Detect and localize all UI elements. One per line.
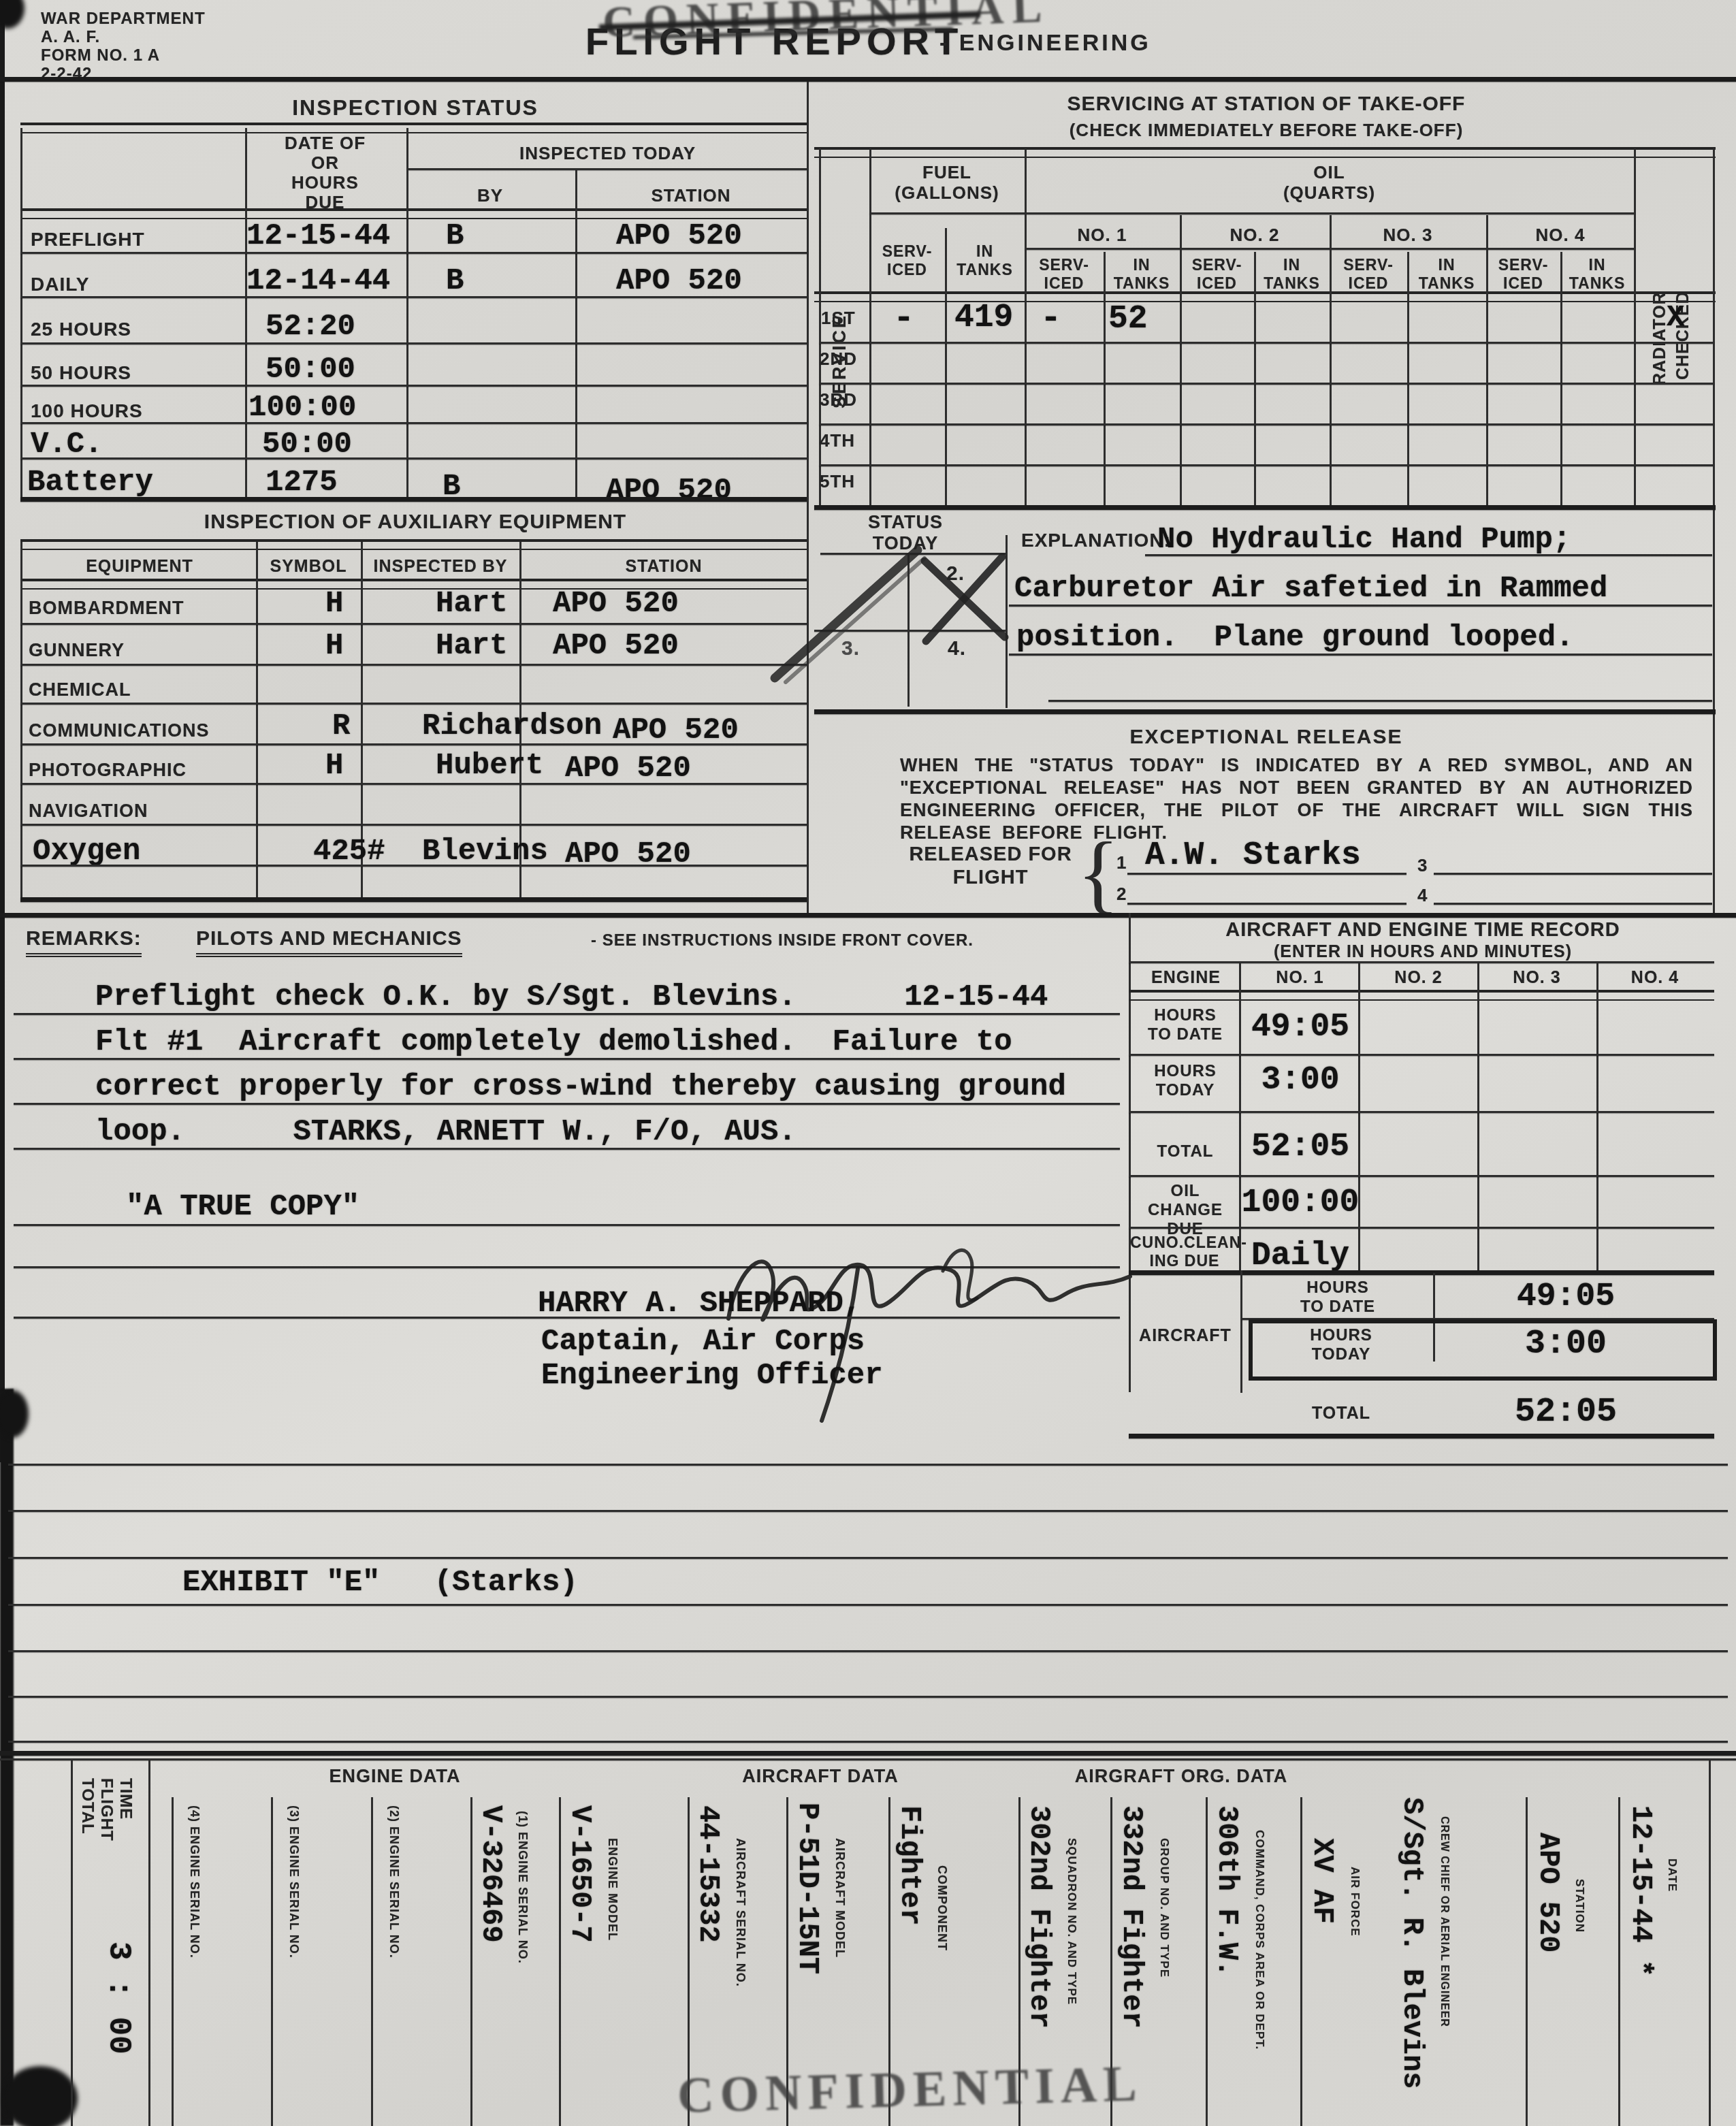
row-value-by: B [446, 264, 464, 298]
band-line [1206, 1797, 1208, 2126]
ruled-line [8, 1604, 1728, 1606]
ruled-line [8, 1464, 1728, 1466]
time-record-title: AIRCRAFT AND ENGINE TIME RECORD [1144, 919, 1702, 941]
band-line [148, 1760, 150, 2126]
exhibit-note: EXHIBIT "E" (Starks) [182, 1566, 578, 1600]
row-label: 25 HOURS [31, 319, 131, 340]
rule [814, 291, 1716, 302]
rule [869, 212, 1025, 214]
released-for-flight-label: RELEASED FOR FLIGHT [892, 843, 1089, 889]
aux-row-label: PHOTOGRAPHIC [29, 760, 187, 781]
rule [20, 865, 807, 867]
rule [20, 579, 807, 590]
signer-title1: Captain, Air Corps [541, 1325, 865, 1359]
exceptional-release-title: EXCEPTIONAL RELEASE [987, 726, 1545, 749]
grid-line [1407, 252, 1409, 509]
total-flight-value: 3 : 00 [101, 1942, 136, 2055]
rule [819, 423, 1713, 425]
ruled-line [8, 1650, 1728, 1652]
band-col-value: 306th F.W. [1210, 1805, 1243, 1977]
engine-data-header: ENGINE DATA [245, 1766, 545, 1787]
aux-row-label: GUNNERY [29, 640, 125, 661]
grid-line [1596, 963, 1598, 1270]
aux-row-label: CHEMICAL [29, 679, 131, 700]
aux-col-equipment: EQUIPMENT [27, 557, 252, 577]
band-col-label: (3) ENGINE SERIAL NO. [287, 1805, 301, 1959]
oil4-in-tanks-header: IN TANKS [1560, 256, 1634, 293]
record-row-label: OIL CHANGE DUE [1131, 1182, 1239, 1239]
aux-row-label: NAVIGATION [29, 801, 148, 822]
rule [1145, 554, 1712, 556]
aux-col-symbol: SYMBOL [257, 557, 359, 577]
band-line [470, 1797, 472, 2126]
col-header-station: STATION [585, 185, 797, 206]
rule [1129, 1111, 1714, 1113]
rule [20, 539, 807, 550]
row-value-due: 12-14-44 [246, 264, 390, 298]
record-col-no3: NO. 3 [1477, 968, 1596, 988]
row-value-due: 52:20 [266, 310, 355, 344]
release-signature1: A.W. Starks [1145, 837, 1361, 874]
band-line [371, 1797, 373, 2126]
grid-line [256, 542, 258, 899]
aircraft-section-label: AIRCRAFT [1131, 1326, 1239, 1346]
band-col-value: V-326469 [475, 1805, 507, 1943]
remarks-heading: REMARKS: [26, 927, 142, 957]
scan-bottom-left-blob [3, 2066, 78, 2126]
rule [1129, 1175, 1714, 1177]
row-value-due: 50:00 [266, 353, 355, 387]
band-col-label: (2) ENGINE SERIAL NO. [387, 1805, 401, 1959]
row-label-typed: V.C. [31, 428, 103, 462]
aux-station: APO 520 [553, 629, 679, 663]
rule [20, 385, 807, 387]
form-agency-line1: WAR DEPARTMENT [41, 10, 206, 28]
confidential-stamp-bottom: CONFIDENTIAL [677, 2055, 1144, 2125]
rule [20, 208, 807, 219]
row-label: 50 HOURS [31, 362, 131, 384]
ruled-line [8, 1696, 1728, 1698]
oil3-in-tanks-header: IN TANKS [1407, 256, 1486, 293]
explanation-line2: Carburetor Air safetied in Rammed [1014, 572, 1607, 606]
row-value-station: APO 520 [616, 219, 742, 253]
rule [1330, 248, 1486, 250]
rule [20, 664, 807, 666]
aux-by: Hart [436, 587, 508, 621]
aux-symbol: R [332, 709, 350, 743]
aux-symbol: H [325, 587, 343, 621]
auxiliary-title: INSPECTION OF AUXILIARY EQUIPMENT [82, 511, 749, 534]
bottom-band-top [0, 1751, 1736, 1756]
rule [1486, 248, 1635, 250]
form-agency-line3: FORM NO. 1 A [41, 46, 206, 65]
total-flight-label-3: TIME [116, 1778, 135, 1820]
oil-col-no1: NO. 1 [1025, 225, 1180, 246]
brace: { [1077, 822, 1119, 924]
row-label-typed: Battery [27, 466, 153, 500]
row-value-due: 1275 [266, 466, 338, 500]
org-data-header: AIRGRAFT ORG. DATA [1028, 1766, 1334, 1787]
rule [819, 383, 1713, 385]
rule [814, 147, 1716, 158]
service-row-label: 1ST [821, 308, 856, 329]
rule [14, 1013, 1120, 1015]
grid-line [869, 148, 871, 509]
aux-station: APO 520 [613, 713, 739, 747]
aux-by: Blevins [422, 835, 548, 869]
band-line [1526, 1797, 1528, 2126]
true-copy-note: "A TRUE COPY" [126, 1190, 359, 1224]
servicing-subtitle: (CHECK IMMEDIATELY BEFORE TAKE-OFF) [919, 120, 1613, 141]
aircraft-row-label: TOTAL [1253, 1404, 1430, 1423]
grid-line [1254, 252, 1256, 509]
rule [814, 709, 1716, 714]
grid-line [807, 82, 809, 914]
form-agency-line2: A. A. F. [41, 28, 206, 46]
aircraft-row-label: HOURS TO DATE [1246, 1278, 1430, 1317]
band-line [71, 1760, 73, 2126]
band-col-label: DATE [1665, 1858, 1679, 1892]
row-label: DAILY [31, 274, 89, 295]
oil2-in-tanks-header: IN TANKS [1254, 256, 1330, 293]
rule [1129, 1434, 1714, 1438]
fuel-serviced-value: - [893, 298, 914, 338]
rule [819, 342, 1713, 344]
band-line-heavy [0, 0, 5, 366]
rule [20, 824, 807, 826]
aux-by: Richardson [422, 709, 602, 743]
servicing-title: SERVICING AT STATION OF TAKE-OFF [919, 93, 1613, 116]
rule [20, 296, 807, 298]
aux-row-label: BOMBARDMENT [29, 598, 184, 619]
aircraft-row-value: 49:05 [1464, 1278, 1668, 1315]
row-label: 100 HOURS [31, 400, 143, 422]
explanation-line1: No Hydraulic Hand Pump; [1157, 523, 1571, 557]
rule [20, 123, 807, 133]
rule [1129, 1227, 1714, 1229]
rule [1025, 212, 1634, 214]
band-col-value: Fighter [893, 1805, 926, 1925]
rule [1009, 654, 1712, 656]
grid-line [1025, 148, 1027, 509]
flight-report-document: WAR DEPARTMENT A. A. F. FORM NO. 1 A 2-2… [0, 0, 1736, 2126]
aux-col-by: INSPECTED BY [362, 557, 519, 577]
record-row-label: CUNO.CLEAN- ING DUE [1130, 1234, 1239, 1270]
oil-col-no2: NO. 2 [1180, 225, 1330, 246]
band-col-label: COMMAND, CORPS AREA OR DEPT. [1253, 1830, 1266, 2050]
aircraft-row-label: HOURS TODAY [1253, 1326, 1430, 1364]
row-value-due: 50:00 [262, 428, 352, 462]
rule [1025, 248, 1180, 250]
grid-line [1104, 252, 1106, 509]
band-line [1618, 1797, 1620, 2126]
fuel-serviced-header: SERV- ICED [869, 242, 945, 279]
ruled-line [8, 1557, 1728, 1559]
band-col-label: SQUADRON NO. AND TYPE [1065, 1838, 1078, 2005]
band-col-label: AIR FORCE [1348, 1867, 1362, 1937]
bottom-band-top2 [0, 1758, 1736, 1760]
rule [14, 1058, 1120, 1060]
col-header-by: BY [422, 185, 558, 206]
rule [20, 743, 807, 745]
grid-line [575, 170, 577, 501]
band-col-value: 12-15-44 * [1624, 1805, 1657, 1977]
rule [20, 897, 807, 902]
band-col-label: AIRCRAFT SERIAL NO. [733, 1838, 748, 1987]
grid-line [945, 228, 947, 509]
total-flight-label-1: TOTAL [78, 1778, 97, 1835]
oil1-serviced-value: - [1040, 298, 1061, 338]
band-line [172, 1797, 174, 2126]
aux-row-label: COMMUNICATIONS [29, 720, 209, 741]
aircraft-row-value: 52:05 [1464, 1393, 1668, 1432]
record-value: 3:00 [1242, 1062, 1358, 1099]
rule [1009, 605, 1712, 607]
rule [1048, 700, 1712, 702]
rule [1129, 1270, 1714, 1275]
band-col-label: COMPONENT [935, 1865, 949, 1951]
service-row-label: 4TH [820, 430, 855, 451]
rule [1434, 903, 1712, 905]
oil1-serviced-header: SERV- ICED [1025, 256, 1104, 293]
oil-col-no3: NO. 3 [1330, 225, 1486, 246]
aircraft-data-header: AIRCRAFT DATA [674, 1766, 967, 1787]
record-col-engine: ENGINE [1131, 968, 1240, 988]
band-col-value: S/Sgt. R. Blevins [1396, 1797, 1428, 2089]
band-col-label: AIRCRAFT MODEL [833, 1838, 847, 1958]
record-col-no1: NO. 1 [1240, 968, 1360, 988]
remarks-line2: Flt #1 Aircraft completely demolished. F… [95, 1025, 1012, 1059]
record-row-label: HOURS TODAY [1131, 1062, 1239, 1100]
record-row-label: TOTAL [1131, 1142, 1239, 1161]
scan-left-bar [0, 1389, 14, 2126]
scan-corner-mark [0, 0, 25, 29]
record-value: 49:05 [1242, 1009, 1358, 1046]
rule [408, 168, 807, 170]
row-label: PREFLIGHT [31, 229, 145, 251]
record-value: Daily [1242, 1238, 1358, 1274]
service-row-label: 5TH [820, 471, 855, 492]
servicing-oil-header: OIL (QUARTS) [1025, 162, 1634, 203]
aux-symbol: 425# [313, 835, 385, 869]
band-line [559, 1797, 561, 2126]
aux-row-label-typed: Oxygen [33, 835, 140, 869]
band-col-value: 332nd Fighter [1115, 1805, 1148, 2029]
rule [1127, 873, 1407, 875]
release-num1: 1 [1116, 852, 1127, 873]
grid-line [245, 128, 247, 501]
rule [14, 1103, 1120, 1105]
row-value-by: B [446, 219, 464, 253]
oil3-serviced-header: SERV- ICED [1330, 256, 1407, 293]
oil-col-no4: NO. 4 [1486, 225, 1635, 246]
scan-left-blob [0, 1390, 29, 1438]
band-col-value: XV AF [1306, 1838, 1338, 1924]
record-col-no4: NO. 4 [1596, 968, 1714, 988]
form-agency: WAR DEPARTMENT A. A. F. FORM NO. 1 A 2-2… [41, 10, 206, 83]
rule [819, 464, 1713, 466]
grid-line [1240, 1270, 1242, 1393]
signer-name: HARRY A. SHEPPARD, [538, 1287, 861, 1321]
signer-title2: Engineering Officer [541, 1359, 883, 1393]
grid-line [20, 128, 22, 501]
release-num2: 2 [1116, 884, 1127, 905]
remarks-heading3: - SEE INSTRUCTIONS INSIDE FRONT COVER. [591, 931, 974, 950]
exceptional-release-body: WHEN THE "STATUS TODAY" IS INDICATED BY … [900, 754, 1693, 844]
ruled-line [8, 1741, 1728, 1743]
explanation-line3: position. Plane ground looped. [1016, 621, 1574, 655]
section-divider [0, 913, 1736, 918]
grid-line [1634, 148, 1636, 509]
col-header-inspected-today: INSPECTED TODAY [408, 143, 807, 164]
record-value: 100:00 [1239, 1185, 1362, 1221]
rule [14, 1148, 1120, 1150]
oil2-serviced-header: SERV- ICED [1180, 256, 1254, 293]
rule [20, 623, 807, 625]
rule [14, 1317, 1120, 1319]
remarks-heading2: PILOTS AND MECHANICS [196, 927, 462, 957]
status-marks [762, 531, 1048, 722]
fuel-in-tanks-header: IN TANKS [945, 242, 1025, 279]
rule [1434, 873, 1712, 875]
radiator-checked-value: X [1667, 301, 1684, 335]
aux-symbol: H [325, 749, 343, 783]
oil4-serviced-header: SERV- ICED [1486, 256, 1560, 293]
rule [20, 252, 807, 254]
grid-line [1477, 963, 1479, 1270]
release-num4: 4 [1417, 885, 1428, 906]
band-line [1709, 1760, 1711, 2126]
grid-line [1239, 963, 1241, 1270]
row-value-station: APO 520 [616, 264, 742, 298]
row-value-due: 100:00 [248, 391, 356, 425]
col-header-due: DATE OF OR HOURS DUE [252, 133, 398, 212]
aux-station: APO 520 [553, 587, 679, 621]
band-col-value: APO 520 [1532, 1833, 1564, 1952]
band-col-label: CREW CHIEF OR AERIAL ENGINEER [1438, 1816, 1450, 2027]
grid-line [1358, 963, 1360, 1270]
explanation-label: EXPLANATION: [1021, 530, 1171, 551]
rule [20, 422, 807, 424]
band-col-value: P-51D-15NT [791, 1803, 824, 1974]
grid-line [406, 128, 408, 501]
rule [1180, 248, 1330, 250]
inspection-status-title: INSPECTION STATUS [157, 95, 674, 120]
band-col-label: STATION [1573, 1879, 1586, 1933]
band-col-value: V-1650-7 [564, 1805, 596, 1943]
release-num3: 3 [1417, 855, 1428, 876]
rule [20, 703, 807, 705]
rule [1129, 1054, 1714, 1056]
aux-station: APO 520 [565, 752, 691, 786]
remarks-line1: Preflight check O.K. by S/Sgt. Blevins. … [95, 980, 1048, 1014]
record-left-border [1129, 913, 1131, 1392]
rule [20, 457, 807, 460]
grid-line [1713, 148, 1715, 914]
aux-symbol: H [325, 629, 343, 663]
rule [1129, 990, 1714, 1001]
record-col-no2: NO. 2 [1360, 968, 1477, 988]
band-line [271, 1797, 273, 2126]
row-value-station: APO 520 [606, 474, 732, 508]
band-col-label: (1) ENGINE SERIAL NO. [515, 1811, 530, 1964]
total-flight-label-2: FLIGHT [97, 1778, 116, 1841]
oil1-in-tanks-header: IN TANKS [1104, 256, 1180, 293]
aux-by: Hubert [436, 749, 543, 783]
grid-line [1560, 252, 1562, 509]
band-line-heavy [0, 366, 5, 731]
band-col-value: 302nd Fighter [1023, 1805, 1055, 2029]
band-col-label: (4) ENGINE SERIAL NO. [187, 1805, 202, 1959]
ruled-line [8, 1510, 1728, 1512]
row-value-due: 12-15-44 [246, 219, 390, 253]
header-divider [0, 77, 1736, 82]
service-row-label: 3RD [820, 389, 857, 410]
fuel-in-tanks-value: 419 [954, 300, 1013, 336]
rule [20, 342, 807, 344]
band-col-label: GROUP NO. AND TYPE [1157, 1838, 1171, 1978]
record-value: 52:05 [1242, 1129, 1358, 1165]
band-col-value: 44-15332 [692, 1805, 724, 1943]
remarks-line3: correct properly for cross-wind thereby … [95, 1070, 1066, 1104]
grid-line [819, 148, 821, 509]
time-record-subtitle: (ENTER IN HOURS AND MINUTES) [1144, 942, 1702, 962]
service-row-label: 2ND [820, 349, 857, 370]
record-row-label: HOURS TO DATE [1131, 1006, 1239, 1044]
rule [20, 497, 807, 502]
grid-line [20, 542, 22, 899]
servicing-fuel-header: FUEL (GALLONS) [871, 162, 1023, 203]
aircraft-row-value: 3:00 [1464, 1325, 1668, 1364]
rule [814, 505, 1716, 510]
rule [20, 783, 807, 785]
band-col-label: ENGINE MODEL [605, 1838, 620, 1941]
band-line [1300, 1797, 1302, 2126]
rule [1127, 903, 1407, 905]
aux-by: Hart [436, 629, 508, 663]
rule [1129, 961, 1714, 963]
oil1-in-tanks-value: 52 [1108, 301, 1148, 338]
remarks-line4: loop. STARKS, ARNETT W., F/O, AUS. [95, 1115, 797, 1149]
